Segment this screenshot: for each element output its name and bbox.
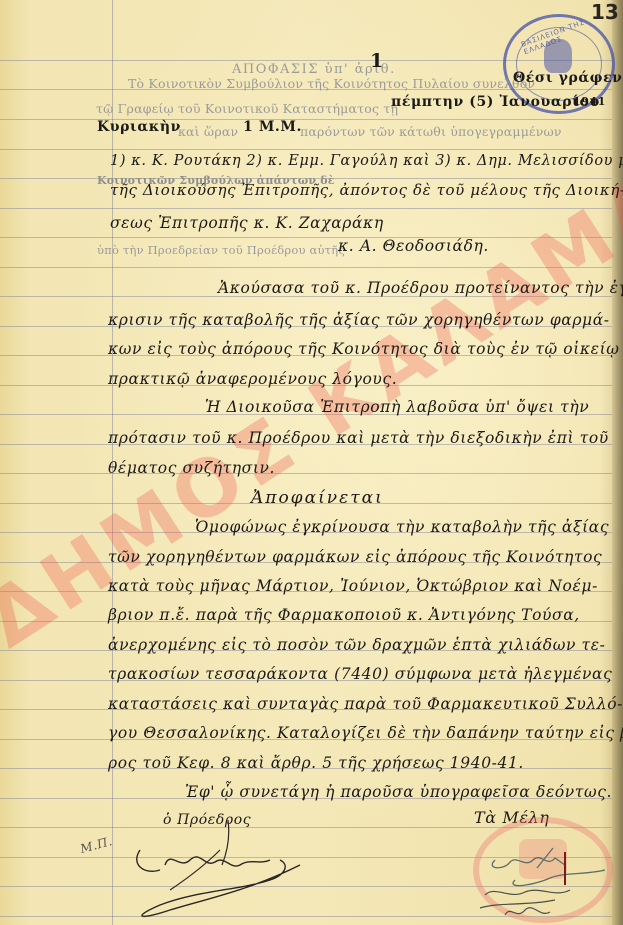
decision-number: 1 bbox=[370, 50, 384, 72]
para3-line-1: Ὁμοφώνως ἐγκρίνουσα τὴν καταβολὴν τῆς ἀξ… bbox=[195, 518, 609, 536]
president-signature bbox=[110, 810, 310, 925]
printed-line-1: Τὸ Κοινοτικὸν Συμβούλιον τῆς Κοινότητος … bbox=[128, 76, 535, 91]
para3-line-3: κατὰ τοὺς μῆνας Μάρτιον, Ἰούνιον, Ὀκτώβρ… bbox=[108, 577, 598, 595]
meeting-hour: 1 Μ.Μ. bbox=[243, 119, 302, 135]
para3-line-9: ρος τοῦ Κεφ. 8 καὶ ἄρθρ. 5 τῆς χρήσεως 1… bbox=[108, 754, 524, 772]
president-name: κ. Α. Θεοδοσιάδη. bbox=[338, 237, 489, 255]
para3-line-2: τῶν χορηγηθέντων φαρμάκων εἰς ἀπόρους τῆ… bbox=[108, 548, 602, 566]
meeting-year: 1941 bbox=[573, 95, 606, 108]
members-line-2: τῆς Διοικούσης Ἐπιτροπῆς, ἀπόντος δὲ τοῦ… bbox=[110, 181, 623, 199]
para1-line-3: κων εἰς τοὺς ἀπόρους τῆς Κοινότητος διὰ … bbox=[108, 340, 620, 358]
members-line-3: σεως Ἐπιτροπῆς κ. Κ. Ζαχαράκη bbox=[110, 214, 384, 232]
para1-line-4: πρακτικῷ ἀναφερομένους λόγους. bbox=[108, 370, 397, 388]
ruled-line bbox=[0, 119, 612, 120]
members-line-1: 1) κ. Κ. Ρουτάκη 2) κ. Εμμ. Γαγούλη καὶ … bbox=[110, 153, 623, 169]
printed-line-2: τῷ Γραφείῳ τοῦ Κοινοτικοῦ Καταστήματος τ… bbox=[96, 101, 398, 116]
para3-line-8: γου Θεσσαλονίκης. Καταλογίζει δὲ τὴν δαπ… bbox=[108, 724, 623, 742]
para2-line-3: θέματος συζήτησιν. bbox=[108, 459, 275, 477]
ruled-line bbox=[0, 208, 612, 209]
para3-line-4: βριον π.ἔ. παρὰ τῆς Φαρμακοποιοῦ κ. Ἀντι… bbox=[108, 606, 580, 624]
stamp-overwrite-text: Θέσι γράφεν bbox=[513, 70, 623, 86]
para1-line-1: Ἀκούσασα τοῦ κ. Προέδρου προτείναντος τὴ… bbox=[218, 279, 623, 297]
members-signatures bbox=[455, 840, 620, 925]
ruled-line bbox=[0, 149, 612, 150]
decision-heading: Ἀποφαίνεται bbox=[251, 488, 384, 508]
para2-line-1: Ἡ Διοικοῦσα Ἐπιτροπὴ λαβοῦσα ὑπ' ὄψει τὴ… bbox=[205, 398, 589, 416]
document-page: ΔΗΜΟΣ ΚΑΛΑΜΑΡΙΑΣ 13 ΒΑΣΙΛΕΙΟΝ ΤΗΣ ΕΛΛΑΔΟ… bbox=[0, 0, 623, 925]
meeting-date: πέμπτην (5) Ἰανουαρίου bbox=[391, 94, 600, 110]
para2-line-2: πρότασιν τοῦ κ. Προέδρου καὶ μετὰ τὴν δι… bbox=[108, 429, 609, 447]
printed-line-3b: παρόντων τῶν κάτωθι ὑπογεγραμμένων bbox=[300, 124, 562, 139]
printed-line-5: ὑπὸ τὴν Προεδρείαν τοῦ Προέδρου αὐτῆς bbox=[97, 243, 345, 257]
closing-line: Ἐφ' ᾧ συνετάγη ἡ παροῦσα ὑπογραφεῖσα δεό… bbox=[185, 783, 612, 801]
printed-line-3a: καὶ ὥραν bbox=[178, 124, 238, 139]
margin-initials: Μ.Π. bbox=[79, 834, 114, 856]
para3-line-7: καταστάσεις καὶ συνταγὰς παρὰ τοῦ Φαρμακ… bbox=[108, 695, 623, 713]
para3-line-5: ἀνερχομένης εἰς τὸ ποσὸν τῶν δραχμῶν ἑπτ… bbox=[108, 636, 605, 654]
para3-line-6: τρακοσίων τεσσαράκοντα (7440) σύμφωνα με… bbox=[108, 665, 612, 683]
page-edge-shadow bbox=[612, 0, 623, 925]
meeting-weekday: Κυριακὴν bbox=[97, 119, 181, 135]
para1-line-2: κρισιν τῆς καταβολῆς τῆς ἀξίας τῶν χορηγ… bbox=[108, 311, 610, 329]
